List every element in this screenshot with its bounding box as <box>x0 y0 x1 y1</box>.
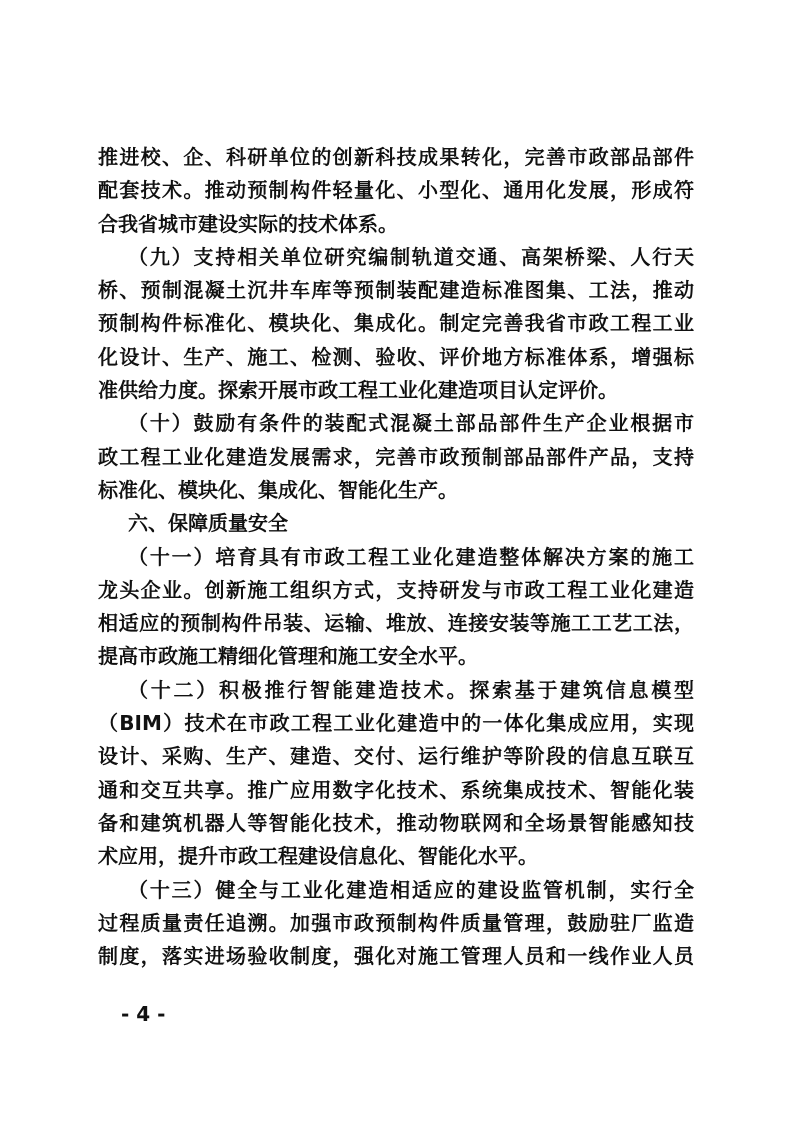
document-page: 推进校、企、科研单位的创新科技成果转化，完善市政部品部件配套技术。推动预制构件轻… <box>0 0 794 1123</box>
doc-line: 合我省城市建设实际的技术体系。 <box>98 208 694 241</box>
doc-line: 通和交互共享。推广应用数字化技术、系统集成技术、智能化装 <box>98 774 694 807</box>
doc-line: 备和建筑机器人等智能化技术，推动物联网和全场景智能感知技 <box>98 807 694 840</box>
doc-line: 相适应的预制构件吊装、运输、堆放、连接安装等施工工艺工法， <box>98 607 694 640</box>
doc-line: 准供给力度。探索开展市政工程工业化建造项目认定评价。 <box>98 374 694 407</box>
doc-line: 预制构件标准化、模块化、集成化。制定完善我省市政工程工业 <box>98 307 694 340</box>
doc-line: （九）支持相关单位研究编制轨道交通、高架桥梁、人行天 <box>98 241 694 274</box>
doc-line: 桥、预制混凝土沉井车库等预制装配建造标准图集、工法，推动 <box>98 274 694 307</box>
doc-line: （十三）健全与工业化建造相适应的建设监管机制，实行全 <box>98 874 694 907</box>
doc-line: 过程质量责任追溯。加强市政预制构件质量管理，鼓励驻厂监造 <box>98 907 694 940</box>
doc-line: 设计、采购、生产、建造、交付、运行维护等阶段的信息互联互 <box>98 740 694 773</box>
doc-line: （BIM）技术在市政工程工业化建造中的一体化集成应用，实现 <box>98 707 694 740</box>
document-body: 推进校、企、科研单位的创新科技成果转化，完善市政部品部件配套技术。推动预制构件轻… <box>98 141 694 973</box>
doc-line: 龙头企业。创新施工组织方式，支持研发与市政工程工业化建造 <box>98 574 694 607</box>
section-heading: 六、保障质量安全 <box>98 507 694 540</box>
doc-line: 制度，落实进场验收制度，强化对施工管理人员和一线作业人员 <box>98 940 694 973</box>
doc-line: 推进校、企、科研单位的创新科技成果转化，完善市政部品部件 <box>98 141 694 174</box>
doc-line: （十二）积极推行智能建造技术。探索基于建筑信息模型 <box>98 674 694 707</box>
doc-line: （十一）培育具有市政工程工业化建造整体解决方案的施工 <box>98 541 694 574</box>
doc-line: 提高市政施工精细化管理和施工安全水平。 <box>98 640 694 673</box>
doc-line: 术应用，提升市政工程建设信息化、智能化水平。 <box>98 840 694 873</box>
doc-line: 标准化、模块化、集成化、智能化生产。 <box>98 474 694 507</box>
doc-line: 配套技术。推动预制构件轻量化、小型化、通用化发展，形成符 <box>98 174 694 207</box>
page-number: - 4 - <box>121 1002 165 1026</box>
doc-line: 化设计、生产、施工、检测、验收、评价地方标准体系，增强标 <box>98 341 694 374</box>
doc-line: （十）鼓励有条件的装配式混凝土部品部件生产企业根据市 <box>98 407 694 440</box>
doc-line: 政工程工业化建造发展需求，完善市政预制部品部件产品，支持 <box>98 441 694 474</box>
